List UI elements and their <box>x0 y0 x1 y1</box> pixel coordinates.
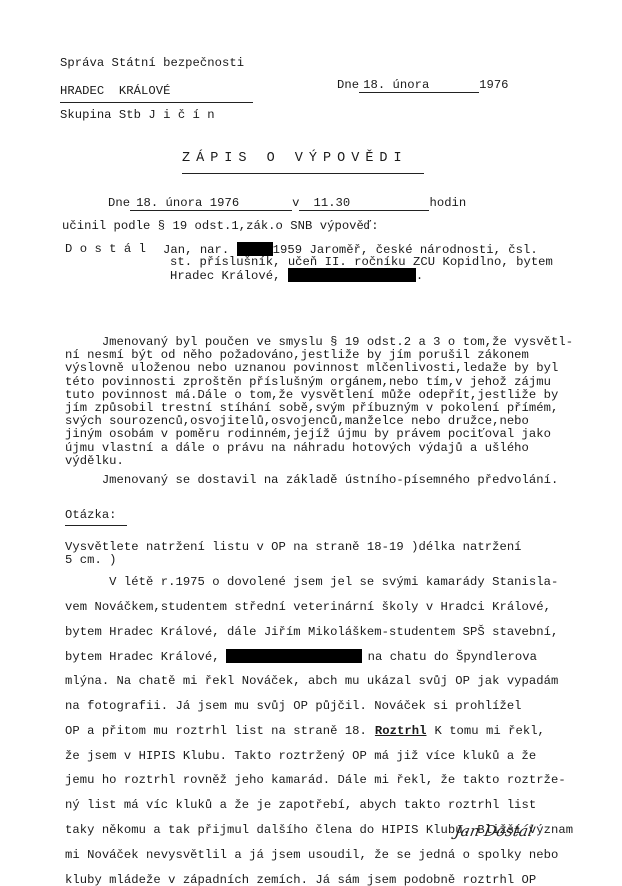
instruction-line: újmu vlastní a dále o právu na náhradu h… <box>65 441 529 455</box>
letterhead-rule <box>60 102 253 103</box>
instruction-line: této povinnosti zproštěn příslušným orgá… <box>65 375 551 389</box>
answer-line: na fotografii. Já jsem mu svůj OP půjčil… <box>65 699 522 713</box>
instruction-line: výslovně uloženou nebo uznanou povinnost… <box>65 361 558 375</box>
redaction-birthdate <box>237 242 273 256</box>
answer-line: ný list má víc kluků a že je zapotřebí, … <box>65 798 536 812</box>
document-title: ZÁPIS O VÝPOVĚDI <box>182 152 408 166</box>
legal-basis: učinil podle § 19 odst.1,zák.o SNB výpov… <box>62 219 379 233</box>
header-date-year: 1976 <box>479 78 508 92</box>
session-date: 18. února 1976 <box>130 196 292 211</box>
answer-line: bytem Hradec Králové,na chatu do Špyndle… <box>65 649 537 664</box>
question-label: Otázka: <box>65 508 117 522</box>
answer-line: mi Nováček nevysvětlil a já jsem usoudil… <box>65 848 558 862</box>
person-line-3: Hradec Králové, . <box>170 268 423 283</box>
header-date-value: 18. února <box>359 78 479 93</box>
question-line: Vysvětlete natržení listu v OP na straně… <box>65 540 522 554</box>
session-time: 11.30 <box>299 196 429 211</box>
answer-line: že jsem v HIPIS Klubu. Takto roztržený O… <box>65 749 536 763</box>
instruction-line: Jmenovaný byl poučen ve smyslu § 19 odst… <box>65 335 573 349</box>
stb-group: Skupina Stb J i č í n <box>60 108 215 122</box>
document-page: Správa Státní bezpečnosti HRADEC KRÁLOVÉ… <box>0 0 622 886</box>
title-rule <box>182 173 424 174</box>
instruction-line: tuto povinnost má.Dále o tom,že vysvětle… <box>65 388 558 402</box>
answer-line: mlýna. Na chatě mi řekl Nováček, abch mu… <box>65 674 558 688</box>
answer-line: bytem Hradec Králové, dále Jiřím Mikoláš… <box>65 625 558 639</box>
redaction-address <box>226 649 362 663</box>
header-date: Dne18. února1976 <box>337 78 509 93</box>
answer-line: jemu ho roztrhl rovněž jeho kamarád. Dál… <box>65 773 566 787</box>
redaction-address <box>288 268 416 282</box>
agency-name: Správa Státní bezpečnosti <box>60 56 244 70</box>
signature: Jan Dostál <box>453 822 534 840</box>
answer-line: kluby mládeže v západních zemích. Já sám… <box>65 873 536 886</box>
answer-line: vem Nováčkem,studentem střední veterinár… <box>65 600 551 614</box>
struck-word: Roztrhl <box>375 724 427 738</box>
summons-statement: Jmenovaný se dostavil na základě ústního… <box>65 473 558 487</box>
answer-line: V létě r.1975 o dovolené jsem jel se svý… <box>65 575 558 589</box>
instruction-line: výdělku. <box>65 454 124 468</box>
answer-line: OP a přitom mu roztrhl list na straně 18… <box>65 724 545 738</box>
session-at: v <box>292 196 299 210</box>
session-prefix: Dne <box>108 196 130 210</box>
person-line-2: st. příslušník, učeň II. ročníku ZCU Kop… <box>170 255 553 269</box>
person-surname: D o s t á l <box>65 242 146 256</box>
question-label-rule <box>65 525 127 526</box>
session-suffix: hodin <box>429 196 466 210</box>
instruction-line: svých sourozenců,osvojitelů,osvojenců,ma… <box>65 414 529 428</box>
instruction-line: jím způsobil trestní stíhání sobě,svým p… <box>65 401 558 415</box>
session-line: Dne18. února 1976v11.30hodin <box>108 196 466 211</box>
header-date-prefix: Dne <box>337 78 359 92</box>
agency-city: HRADEC KRÁLOVÉ <box>60 84 170 98</box>
instruction-line: ní nesmí být od něho požadováno,jestliže… <box>65 348 529 362</box>
instruction-line: jiným osobám v poměru rodinném,jejíž újm… <box>65 427 551 441</box>
question-line: 5 cm. ) <box>65 553 117 567</box>
